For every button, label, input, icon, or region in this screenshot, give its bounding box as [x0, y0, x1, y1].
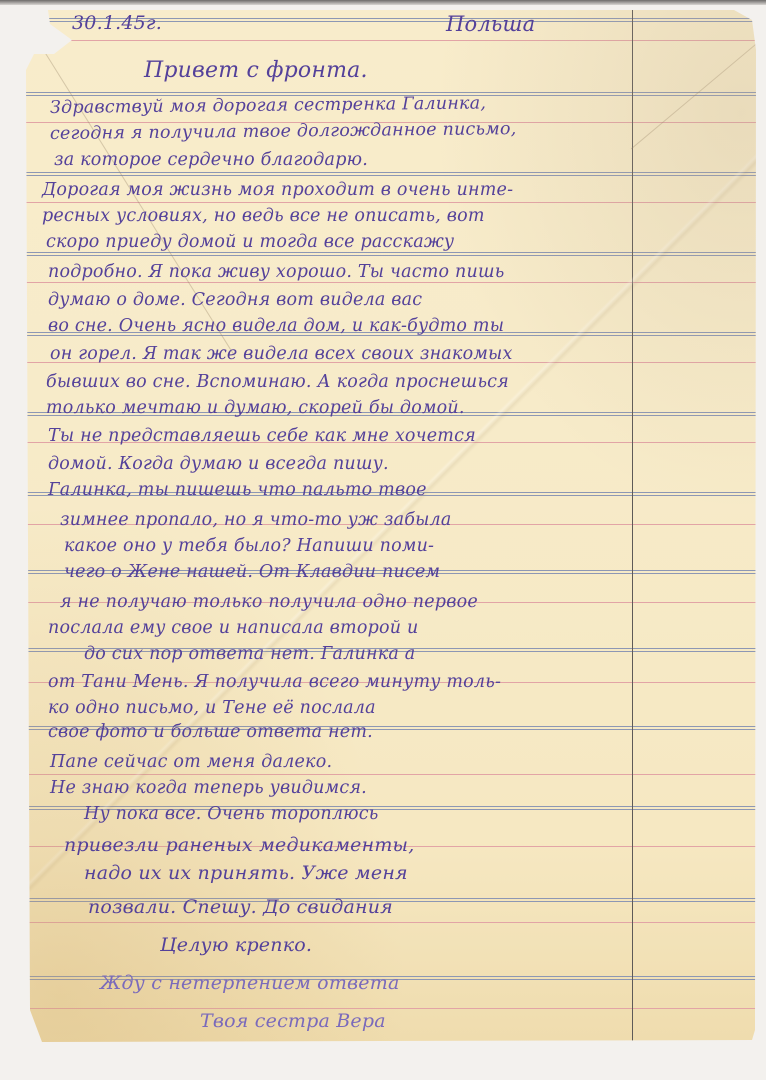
letter-line: Дорогая моя жизнь моя проходит в очень и…: [42, 180, 513, 200]
letter-closing: Жду с нетерпением ответа: [100, 972, 400, 994]
ruled-line-blue: [24, 172, 756, 176]
letter-line: позвали. Спешу. До свидания: [88, 896, 393, 918]
ruled-line-blue: [24, 252, 756, 256]
letter-line: Не знаю когда теперь увидимся.: [50, 778, 367, 798]
ruled-line-red: [24, 1008, 756, 1009]
letter-place: Польша: [446, 12, 535, 36]
letter-line: какое оно у тебя было? Напиши поми-: [64, 536, 434, 556]
letter-line: Ты не представляешь себе как мне хочется: [48, 426, 476, 446]
letter-line: до сих пор ответа нет. Галинка а: [84, 644, 415, 664]
scanner-edge-shadow: [0, 0, 766, 5]
letter-line: ко одно письмо, и Тене её послала: [48, 698, 376, 718]
letter-line: зимнее пропало, но я что-то уж забыла: [60, 510, 452, 530]
ruled-line-red: [24, 40, 756, 41]
letter-line: подробно. Я пока живу хорошо. Ты часто п…: [48, 262, 504, 282]
letter-line: он горел. Я так же видела всех своих зна…: [50, 344, 513, 364]
margin-line: [632, 10, 633, 1042]
letter-line: послала ему свое и написала второй и: [48, 618, 418, 638]
letter-closing: Целую крепко.: [160, 934, 312, 956]
letter-line: привезли раненых медикаменты,: [64, 834, 414, 856]
letter-line: ресных условиях, но ведь все не описать,…: [42, 206, 485, 226]
letter-line: надо их их принять. Уже меня: [84, 862, 408, 884]
letter-line: Папе сейчас от меня далеко.: [50, 752, 332, 772]
letter-line: свое фото и больше ответа нет.: [48, 722, 373, 742]
ruled-line-red: [24, 774, 756, 775]
ruled-line-red: [24, 282, 756, 283]
ruled-line-red: [24, 922, 756, 923]
scanned-letter: 30.1.45г. Польша Привет с фронта. Здравс…: [0, 0, 766, 1080]
letter-line: только мечтаю и думаю, скорей бы домой.: [46, 398, 465, 418]
letter-line: Ну пока все. Очень тороплюсь: [84, 804, 379, 824]
letter-line: чего о Жене нашей. От Клавдии писем: [64, 562, 440, 582]
letter-signature: Твоя сестра Вера: [200, 1010, 386, 1032]
letter-date: 30.1.45г.: [72, 12, 162, 34]
letter-line: от Тани Мень. Я получила всего минуту то…: [48, 672, 501, 692]
letter-line: Галинка, ты пишешь что пальто твое: [48, 480, 427, 500]
letter-line: я не получаю только получила одно первое: [60, 592, 478, 612]
letter-line: во сне. Очень ясно видела дом, и как-буд…: [48, 316, 504, 336]
letter-line: думаю о доме. Сегодня вот видела вас: [48, 290, 422, 310]
letter-line: за которое сердечно благодарю.: [54, 150, 368, 170]
letter-line: бывших во сне. Вспоминаю. А когда просне…: [46, 372, 509, 392]
letter-title: Привет с фронта.: [144, 58, 368, 83]
ruled-line-red: [24, 202, 756, 203]
letter-line: скоро приеду домой и тогда все расскажу: [46, 232, 454, 252]
letter-line: домой. Когда думаю и всегда пишу.: [48, 454, 389, 474]
